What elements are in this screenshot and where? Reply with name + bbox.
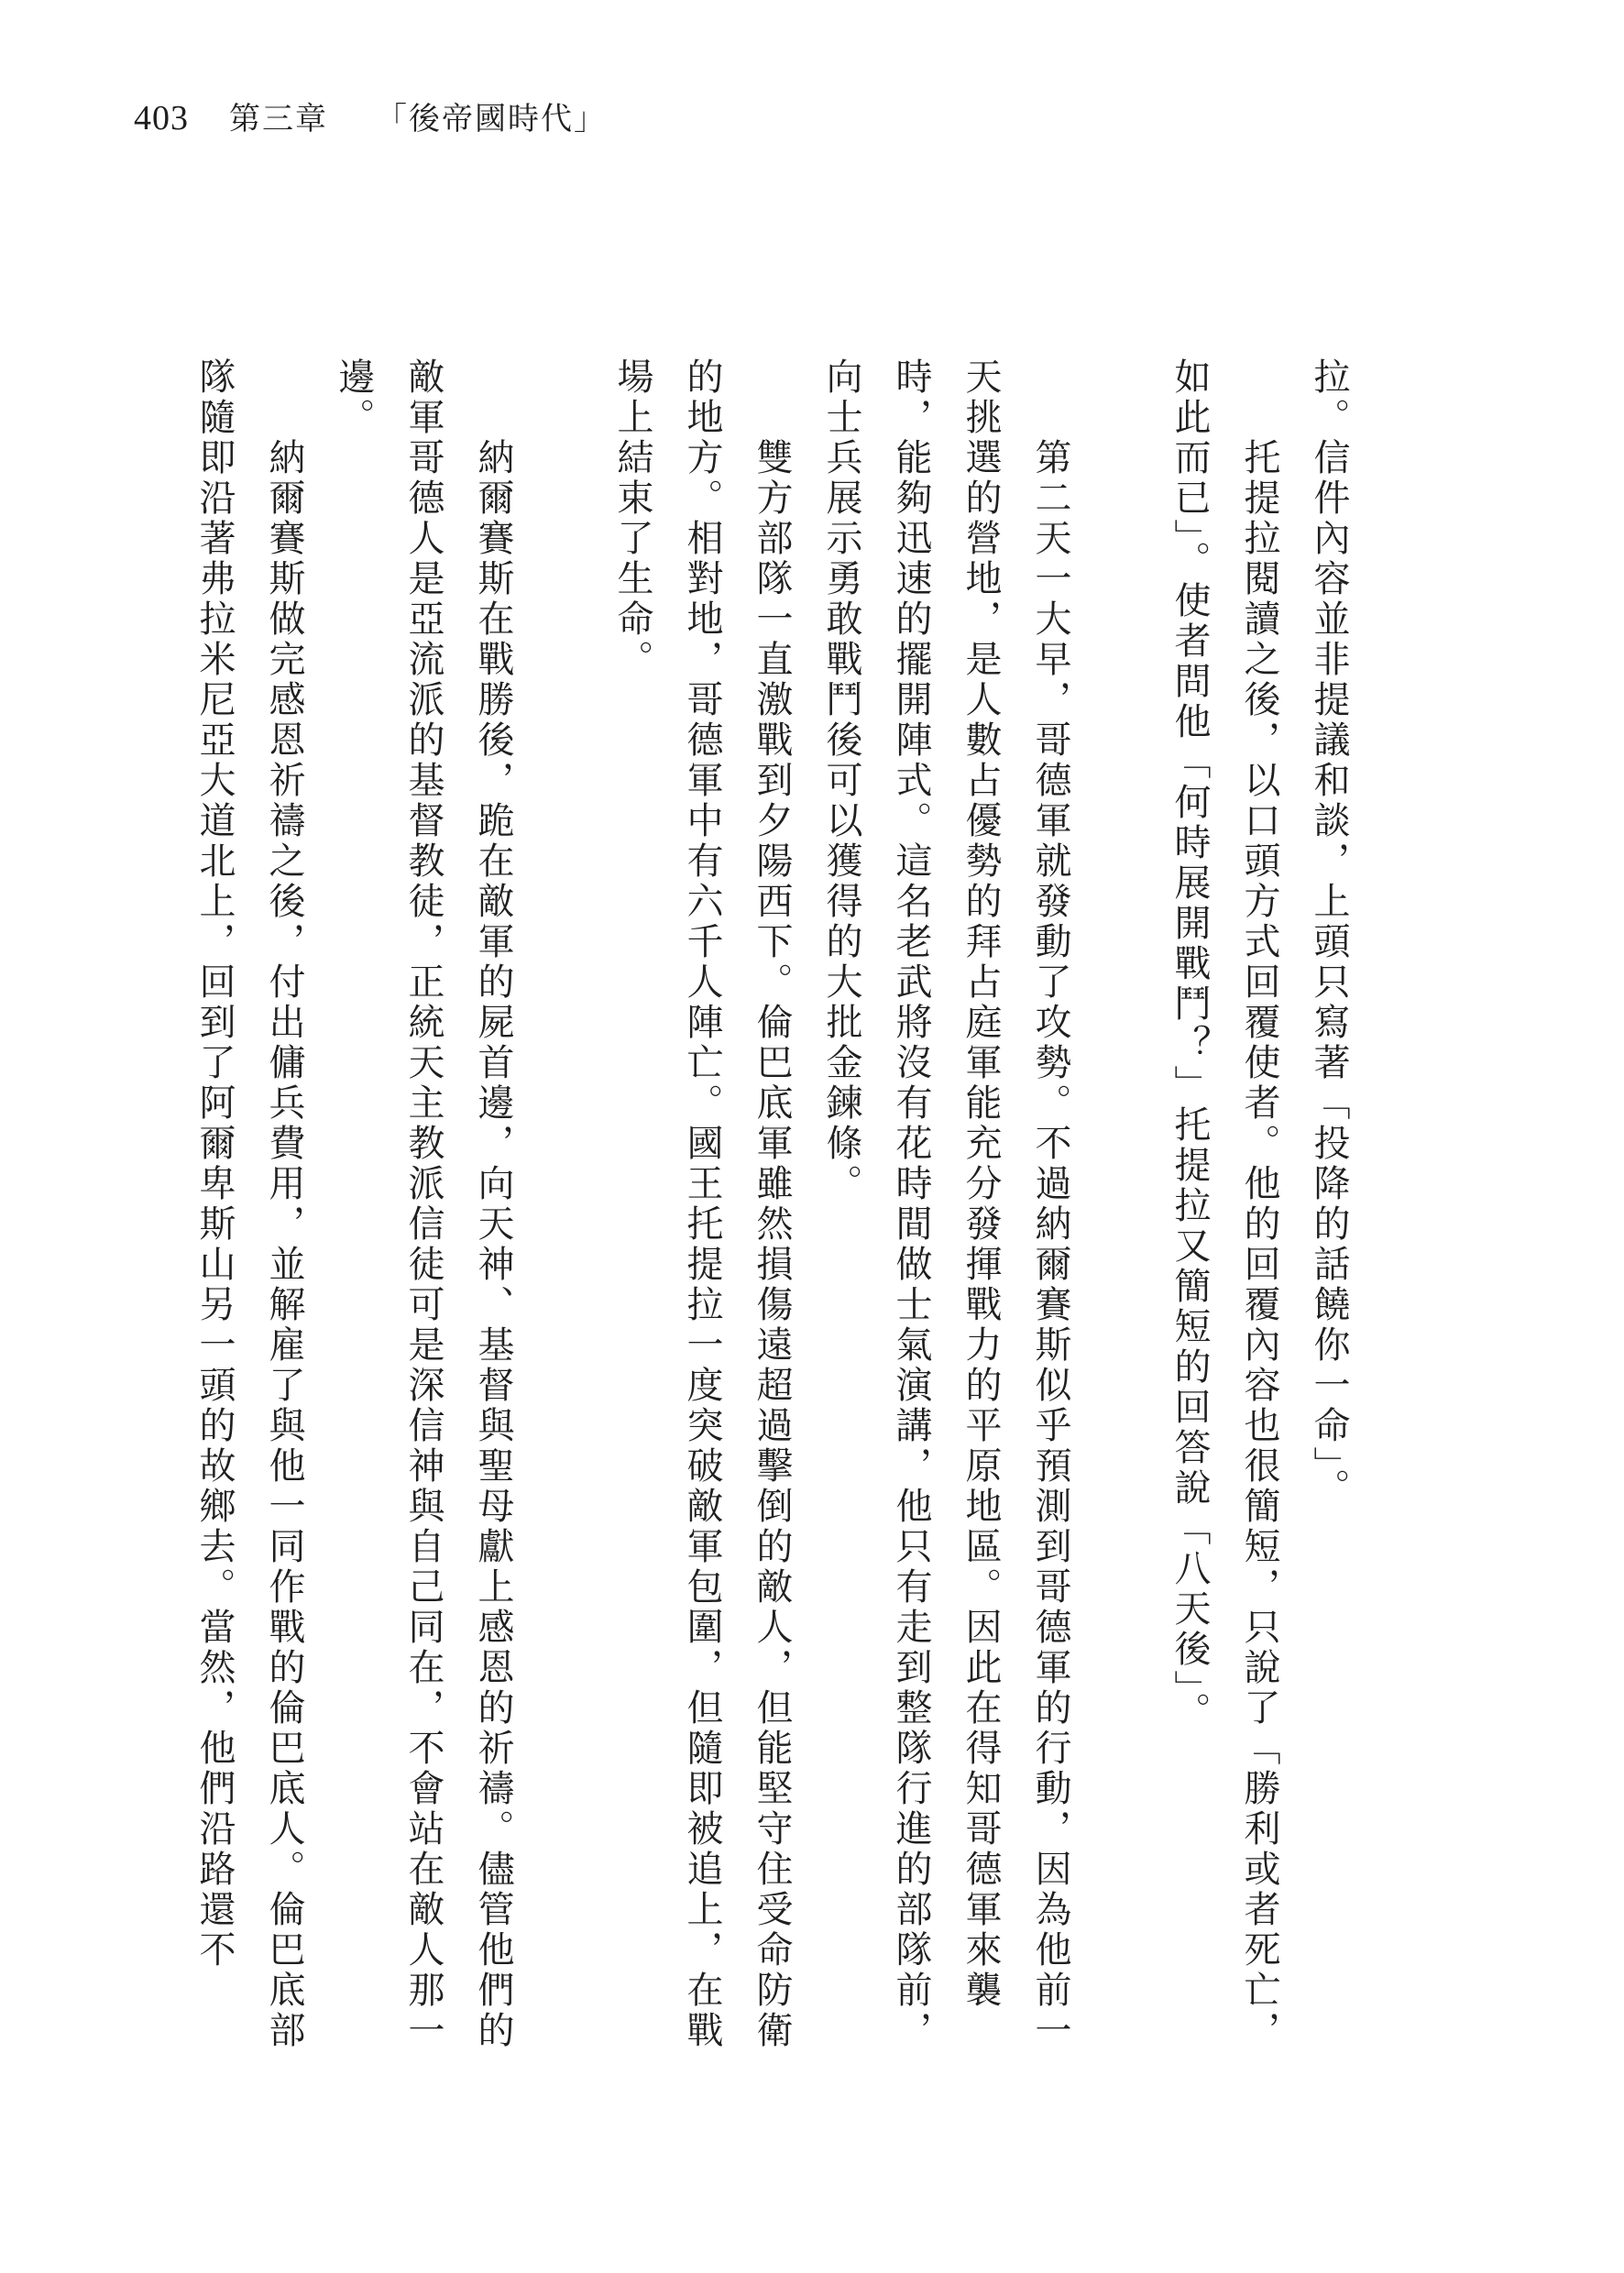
paragraph: 托提拉閱讀之後，以口頭方式回覆使者。他的回覆內容也很簡短，只說了「勝利或者死亡，… [1155, 357, 1294, 2051]
book-page: 403 第三章 「後帝國時代」 拉。信件內容並非提議和談，上頭只寫著「投降的話饒… [0, 0, 1624, 2273]
chapter-title: 「後帝國時代」 [376, 93, 607, 138]
paragraph: 雙方部隊一直激戰到夕陽西下。倫巴底軍雖然損傷遠超過擊倒的敵人，但能堅守住受命防衛… [598, 357, 807, 2051]
paragraph: 納爾賽斯在戰勝後，跪在敵軍的屍首邊，向天神、基督與聖母獻上感恩的祈禱。儘管他們的… [319, 357, 528, 2051]
vertical-body-text: 拉。信件內容並非提議和談，上頭只寫著「投降的話饒你一命」。托提拉閱讀之後，以口頭… [180, 357, 1364, 2051]
page-number: 403 [134, 98, 189, 138]
paragraph: 拉。信件內容並非提議和談，上頭只寫著「投降的話饒你一命」。 [1294, 357, 1364, 2051]
chapter-label: 第三章 [229, 93, 328, 138]
paragraph: 第二天一大早，哥德軍就發動了攻勢。不過納爾賽斯似乎預測到哥德軍的行動，因為他前一… [807, 357, 1085, 2051]
running-head: 403 第三章 「後帝國時代」 [134, 93, 607, 138]
paragraph: 納爾賽斯做完感恩祈禱之後，付出傭兵費用，並解雇了與他一同作戰的倫巴底人。倫巴底部… [180, 357, 319, 2051]
